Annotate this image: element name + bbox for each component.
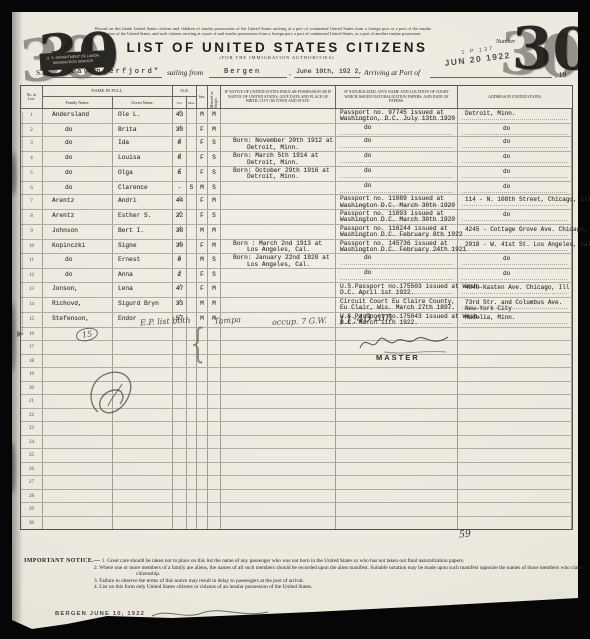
naturalization-cell: Passport no. 11093 issued atWashington D… xyxy=(336,210,458,224)
birth-cell xyxy=(221,182,336,194)
address-cell xyxy=(458,422,572,434)
family-name-cell: do xyxy=(43,152,113,166)
naturalization-cell xyxy=(336,503,458,515)
header-birth: IF NATIVE OF UNITED STATES INSULAR POSSE… xyxy=(221,86,336,108)
table-row: 13 Jonson, Lena 47 F M U.S.Passport no.1… xyxy=(21,282,572,297)
header-marital: Married or Single. xyxy=(208,86,221,108)
row-number: 13 xyxy=(21,283,43,297)
family-name-cell: Arentz xyxy=(43,195,113,209)
birth-cell xyxy=(221,195,336,209)
naturalization-cell xyxy=(336,395,458,407)
address-cell: do xyxy=(458,137,572,151)
age-years-cell xyxy=(173,368,187,380)
birth-cell xyxy=(221,409,336,421)
family-name-cell xyxy=(43,503,113,515)
birth-cell xyxy=(221,463,336,475)
given-name-cell: Esther S. xyxy=(113,210,173,224)
naturalization-cell xyxy=(336,368,458,380)
pen-flourish-icon xyxy=(150,606,270,622)
vessel-prefix: S. S. xyxy=(36,68,50,77)
row-number: 19 xyxy=(21,368,43,380)
birth-cell xyxy=(221,109,336,123)
marital-cell: S xyxy=(208,167,221,181)
age-years-cell xyxy=(173,517,187,529)
address-cell xyxy=(458,449,572,461)
sex-cell xyxy=(197,517,208,529)
address-cell: do xyxy=(458,167,572,181)
age-months-cell xyxy=(187,503,197,515)
sex-cell xyxy=(197,382,208,394)
naturalization-cell: Circuit Court Eu Claire County,Eu Clair,… xyxy=(336,298,458,312)
row-number: 26 xyxy=(21,463,43,475)
notice-label: IMPORTANT NOTICE.— xyxy=(24,558,100,564)
row-number: 6 xyxy=(21,182,43,194)
age-months-cell xyxy=(187,240,197,254)
marital-cell xyxy=(208,476,221,488)
family-name-cell xyxy=(43,490,113,502)
page-subtitle: (FOR THE IMMIGRATION AUTHORITIES) xyxy=(122,55,432,60)
pencil-arrow-icon xyxy=(17,331,24,337)
naturalization-cell xyxy=(336,449,458,461)
family-name-cell: Arentz xyxy=(43,210,113,224)
age-months-cell xyxy=(187,449,197,461)
family-name-cell xyxy=(43,463,113,475)
marital-cell: M xyxy=(208,124,221,136)
sex-cell: F xyxy=(197,283,208,297)
address-cell: Detroit, Minn. xyxy=(458,109,572,123)
sex-cell xyxy=(197,490,208,502)
given-name-cell: Clarence xyxy=(113,182,173,194)
address-cell: 4040-Kasten Ave. Chicago, Ill xyxy=(458,283,572,297)
age-years-cell xyxy=(173,341,187,353)
family-name-cell: do xyxy=(43,269,113,281)
form-fine-print: Record on this blank United States citiz… xyxy=(95,27,431,37)
row-number: 24 xyxy=(21,436,43,448)
address-cell: 2018 - W. 41st St. Los Angeles, Cal. xyxy=(458,240,572,254)
birth-cell xyxy=(221,436,336,448)
scan-blotch xyxy=(10,152,16,196)
sex-cell xyxy=(197,436,208,448)
age-months-cell xyxy=(187,436,197,448)
naturalization-cell xyxy=(336,436,458,448)
marital-cell xyxy=(208,517,221,529)
address-cell: do xyxy=(458,182,572,194)
age-years-cell xyxy=(173,449,187,461)
age-years-cell xyxy=(173,355,187,367)
birth-cell xyxy=(221,476,336,488)
marital-cell: S xyxy=(208,210,221,224)
naturalization-cell xyxy=(336,382,458,394)
age-months-cell xyxy=(187,368,197,380)
table-row: 14 Richovd, Sigurd Bryn 33 M M Circuit C… xyxy=(21,297,572,312)
row-number: 2 xyxy=(21,124,43,136)
given-name-cell: Brita xyxy=(113,124,173,136)
marital-cell xyxy=(208,355,221,367)
sex-cell: F xyxy=(197,152,208,166)
row-number: 27 xyxy=(21,476,43,488)
marital-cell: M xyxy=(208,298,221,312)
address-cell xyxy=(458,490,572,502)
marital-cell xyxy=(208,436,221,448)
marital-cell xyxy=(208,449,221,461)
marital-cell xyxy=(208,395,221,407)
age-months-cell xyxy=(187,517,197,529)
row-number: 8 xyxy=(21,210,43,224)
sex-cell xyxy=(197,503,208,515)
naturalization-cell xyxy=(336,517,458,529)
age-months-cell xyxy=(187,167,197,181)
table-row: 24 ✓ xyxy=(21,435,572,448)
table-row: 12 do Anna 2 F S do do ✓ xyxy=(21,268,572,281)
given-name-cell xyxy=(113,503,173,515)
family-name-cell: Johnson xyxy=(43,225,113,239)
address-cell xyxy=(458,341,572,353)
sex-cell: F xyxy=(197,124,208,136)
age-months-cell xyxy=(187,152,197,166)
age-months-cell xyxy=(187,269,197,281)
naturalization-cell xyxy=(336,476,458,488)
sex-cell xyxy=(197,476,208,488)
address-cell: 73rd Str. and Columbus Ave.New-York City xyxy=(458,298,572,312)
family-name-cell: Jonson, xyxy=(43,283,113,297)
naturalization-cell: do xyxy=(336,152,458,166)
family-name-cell xyxy=(43,436,113,448)
family-name-cell: Richovd, xyxy=(43,298,113,312)
age-months-cell xyxy=(187,422,197,434)
family-name-cell: Kopinczki xyxy=(43,240,113,254)
address-cell xyxy=(458,517,572,529)
age-months-cell xyxy=(187,225,197,239)
family-name-cell: do xyxy=(43,137,113,151)
row-number: 20 xyxy=(21,382,43,394)
age-months-cell xyxy=(187,490,197,502)
birth-cell xyxy=(221,422,336,434)
row-number: 30 xyxy=(21,517,43,529)
age-years-cell: - xyxy=(173,182,187,194)
row-number: 9 xyxy=(21,225,43,239)
address-cell xyxy=(458,463,572,475)
given-name-cell: Signe xyxy=(113,240,173,254)
naturalization-cell xyxy=(336,409,458,421)
family-name-cell xyxy=(43,449,113,461)
naturalization-cell: Passport no. 116244 issued atWashington … xyxy=(336,225,458,239)
given-name-cell: Ole L. xyxy=(113,109,173,123)
naturalization-cell: U.S.Passport no.175503 issued at Wash.D.… xyxy=(336,283,458,297)
age-months-cell xyxy=(187,210,197,224)
sail-date-blank xyxy=(294,76,360,78)
big-30-stamp-right: 30 xyxy=(512,19,590,78)
given-name-cell xyxy=(113,463,173,475)
marital-cell xyxy=(208,368,221,380)
family-name-cell xyxy=(43,341,113,353)
address-cell: do xyxy=(458,124,572,136)
table-row: 5 do Olga 5 F S Born: October 29th 1916 … xyxy=(21,166,572,181)
birth-cell xyxy=(221,503,336,515)
age-years-cell xyxy=(173,395,187,407)
pencil-note: occup. 7 G.W. xyxy=(272,316,327,327)
table-row: 25 ✓ xyxy=(21,448,572,461)
given-name-cell: Bert I. xyxy=(113,225,173,239)
row-number: 21 xyxy=(21,395,43,407)
table-row: 16 ✓ xyxy=(21,327,572,340)
given-name-cell: Louisa xyxy=(113,152,173,166)
marital-cell: M xyxy=(208,195,221,209)
birth-cell: Born: January 22nd 1920 atLos Angeles, C… xyxy=(221,254,336,268)
birth-cell xyxy=(221,395,336,407)
page-title: LIST OF UNITED STATES CITIZENS xyxy=(122,40,432,55)
age-years-cell xyxy=(173,436,187,448)
header-age: AGE. Yrs. Mos. xyxy=(173,86,197,108)
address-cell xyxy=(458,409,572,421)
naturalization-cell: Passport no. 145736 issued atWashington … xyxy=(336,240,458,254)
given-name-cell xyxy=(113,436,173,448)
scan-blotch xyxy=(9,442,15,494)
marital-cell: M xyxy=(208,283,221,297)
table-row: 2 do Brita 39 F M do do ✓ xyxy=(21,123,572,136)
citizens-table: No. in List. NAME IN FULL. Family Name. … xyxy=(20,85,573,530)
naturalization-cell: Passport no. 97745 issued atWashington, … xyxy=(336,109,458,123)
birth-cell xyxy=(221,449,336,461)
birth-cell xyxy=(221,382,336,394)
table-row: 6 do Clarence - 5 M S do do ✓ xyxy=(21,181,572,194)
age-months-cell xyxy=(187,463,197,475)
birth-cell xyxy=(221,225,336,239)
notice-item-1: 1. Great care should be taken not to pla… xyxy=(102,558,464,564)
marital-cell xyxy=(208,490,221,502)
row-number: 16 xyxy=(21,328,43,340)
vessel-name-blank xyxy=(52,76,162,78)
row-number: 10 xyxy=(21,240,43,254)
birth-cell xyxy=(221,517,336,529)
address-cell xyxy=(458,328,572,340)
given-name-cell xyxy=(113,341,173,353)
sex-cell: M xyxy=(197,109,208,123)
table-row: 17 ✓ xyxy=(21,340,572,353)
header-sex: Sex. xyxy=(197,86,208,108)
table-row: 1 Andersland Ole L. 43 M M Passport no. … xyxy=(21,109,572,123)
given-name-cell xyxy=(113,476,173,488)
sex-cell xyxy=(197,449,208,461)
marital-cell: S xyxy=(208,137,221,151)
naturalization-cell: do xyxy=(336,269,458,281)
sex-cell: F xyxy=(197,195,208,209)
family-name-cell: do xyxy=(43,124,113,136)
notice-item-4: 4. List on this form only United States … xyxy=(94,584,566,591)
naturalization-cell: do xyxy=(336,254,458,268)
marital-cell xyxy=(208,382,221,394)
age-years-cell xyxy=(173,382,187,394)
row-number: 15 xyxy=(21,313,43,327)
row-number: 28 xyxy=(21,490,43,502)
family-name-cell: Andersland xyxy=(43,109,113,123)
pencil-brace: { xyxy=(190,321,205,367)
birth-cell xyxy=(221,355,336,367)
sex-cell: F xyxy=(197,167,208,181)
address-cell: do xyxy=(458,269,572,281)
given-name-cell: Lena xyxy=(113,283,173,297)
address-cell xyxy=(458,476,572,488)
birth-cell: Born: March 5th 1914 atDetroit, Minn. xyxy=(221,152,336,166)
marital-cell: M xyxy=(208,109,221,123)
naturalization-cell: do xyxy=(336,167,458,181)
address-cell: Madelia, Minn. xyxy=(458,313,572,327)
marital-cell xyxy=(208,463,221,475)
from-port-blank xyxy=(209,76,287,78)
row-number: 1 xyxy=(21,109,43,123)
marital-cell: M xyxy=(208,240,221,254)
given-name-cell xyxy=(113,422,173,434)
age-months-cell xyxy=(187,395,197,407)
table-row: 28 ✓ xyxy=(21,489,572,502)
arriving-label: Arriving at Port of xyxy=(364,68,420,77)
naturalization-cell xyxy=(336,463,458,475)
sex-cell: F xyxy=(197,137,208,151)
row-number: 14 xyxy=(21,298,43,312)
birth-cell: Born: November 20th 1912 atDetroit, Minn… xyxy=(221,137,336,151)
header-naturalized: IF NATURALIZED, GIVE NAME AND LOCATION O… xyxy=(336,86,458,108)
birth-cell xyxy=(221,210,336,224)
row-number: 4 xyxy=(21,152,43,166)
table-row: 29 ✓ xyxy=(21,502,572,515)
port-date-stamp: BERGEN JUNE 10, 1922 xyxy=(55,611,145,617)
row-number: 5 xyxy=(21,167,43,181)
sex-cell xyxy=(197,409,208,421)
table-row: 8 Arentz Esther S. 22 F S Passport no. 1… xyxy=(21,209,572,224)
age-years-cell xyxy=(173,503,187,515)
given-name-cell: Ida xyxy=(113,137,173,151)
sex-cell: M xyxy=(197,182,208,194)
table-row: 27 ✓ xyxy=(21,475,572,488)
naturalization-cell: do xyxy=(336,137,458,151)
marital-cell xyxy=(208,503,221,515)
header-address: ADDRESS IN UNITED STATES. xyxy=(458,86,572,108)
address-cell xyxy=(458,355,572,367)
birth-cell: Born : March 2nd 1913 atLos Angeles, Cal… xyxy=(221,240,336,254)
master-label: MASTER xyxy=(376,353,420,362)
vessel-name: "Stavangerfjord" xyxy=(58,68,160,76)
age-years-cell xyxy=(173,490,187,502)
sex-cell: M xyxy=(197,254,208,268)
family-name-cell xyxy=(43,517,113,529)
birth-cell xyxy=(221,124,336,136)
row-number: 18 xyxy=(21,355,43,367)
address-cell xyxy=(458,368,572,380)
sail-date: June 10th, 192 2, xyxy=(296,68,362,75)
age-years-cell xyxy=(173,463,187,475)
birth-cell xyxy=(221,269,336,281)
address-cell: 114 - N. 108th Street, Chicago, Ill. xyxy=(458,195,572,209)
sex-cell: M xyxy=(197,225,208,239)
family-name-cell: do xyxy=(43,167,113,181)
table-row: 10 Kopinczki Signe 30 F M Born : March 2… xyxy=(21,239,572,254)
address-cell xyxy=(458,436,572,448)
row-number: 29 xyxy=(21,503,43,515)
given-name-cell xyxy=(113,517,173,529)
notice-item-2: 2. Where one or more members of a family… xyxy=(94,565,590,578)
family-name-cell xyxy=(43,476,113,488)
row-number: 22 xyxy=(21,409,43,421)
address-cell: do xyxy=(458,254,572,268)
naturalization-cell: do xyxy=(336,124,458,136)
family-name-cell: do xyxy=(43,182,113,194)
row-number: 7 xyxy=(21,195,43,209)
sex-cell: F xyxy=(197,210,208,224)
table-header: No. in List. NAME IN FULL. Family Name. … xyxy=(21,86,572,109)
family-name-cell: do xyxy=(43,254,113,268)
given-name-cell: Sigurd Bryn xyxy=(113,298,173,312)
sex-cell xyxy=(197,422,208,434)
birth-cell xyxy=(221,283,336,297)
table-row: 7 Arentz Andri 44 F M Passport no. 11089… xyxy=(21,194,572,209)
marital-cell: M xyxy=(208,225,221,239)
sex-cell xyxy=(197,463,208,475)
sailing-from-label: sailing from xyxy=(167,68,203,77)
address-cell xyxy=(458,382,572,394)
age-months-cell xyxy=(187,283,197,297)
age-months-cell xyxy=(187,476,197,488)
pencil-margin-line xyxy=(22,112,23,334)
marital-cell xyxy=(208,422,221,434)
pencil-note: Tampa xyxy=(214,315,242,326)
age-years-cell xyxy=(173,476,187,488)
birth-cell xyxy=(221,328,336,340)
age-years-cell xyxy=(173,328,187,340)
age-years-cell xyxy=(173,422,187,434)
table-row: 23 ✓ xyxy=(21,421,572,434)
marital-cell: S xyxy=(208,269,221,281)
row-number: 25 xyxy=(21,449,43,461)
given-name-cell: Anna xyxy=(113,269,173,281)
given-name-cell xyxy=(113,490,173,502)
table-row: 26 ✓ xyxy=(21,462,572,475)
table-row: 11 do Ernest 9 M S Born: January 22nd 19… xyxy=(21,253,572,268)
row-number: 12 xyxy=(21,269,43,281)
given-name-cell: Ernest xyxy=(113,254,173,268)
row-number: 17 xyxy=(21,341,43,353)
given-name-cell xyxy=(113,449,173,461)
birth-cell xyxy=(221,341,336,353)
naturalization-cell: Passport no. 11089 issued atWashington D… xyxy=(336,195,458,209)
important-notice: IMPORTANT NOTICE.— 1. Great care should … xyxy=(24,558,566,591)
marital-cell xyxy=(208,328,221,340)
given-name-cell: Olga xyxy=(113,167,173,181)
age-months-cell xyxy=(187,137,197,151)
header-no: No. in List. xyxy=(21,86,43,108)
age-months-cell xyxy=(187,298,197,312)
birth-cell xyxy=(221,368,336,380)
age-months-cell xyxy=(187,254,197,268)
scanned-manifest-page: 30 30 30 30 U. S. DEPARTMENT OF LABOR IM… xyxy=(0,0,590,639)
birth-cell xyxy=(221,298,336,312)
given-name-cell: Andri xyxy=(113,195,173,209)
row-number: 11 xyxy=(21,254,43,268)
header-name: NAME IN FULL. Family Name. Given Name. xyxy=(43,86,173,108)
marital-cell: S xyxy=(208,152,221,166)
row-number: 23 xyxy=(21,422,43,434)
page-number-note: 59 xyxy=(458,528,471,540)
sex-cell: M xyxy=(197,298,208,312)
pencil-scribble-icon xyxy=(84,366,140,422)
family-name-cell: Stefenson, xyxy=(43,313,113,327)
age-months-cell xyxy=(187,382,197,394)
address-cell: 4245 - Cottage Grove Ave. Chicago, Ill. xyxy=(458,225,572,239)
table-row: 9 Johnson Bert I. 38 M M Passport no. 11… xyxy=(21,224,572,239)
marital-cell: S xyxy=(208,182,221,194)
table-row: 4 do Louisa 8 F S Born: March 5th 1914 a… xyxy=(21,151,572,166)
naturalization-cell xyxy=(336,490,458,502)
age-months-cell: 5 xyxy=(187,182,197,194)
from-port: Bergen xyxy=(224,68,261,76)
